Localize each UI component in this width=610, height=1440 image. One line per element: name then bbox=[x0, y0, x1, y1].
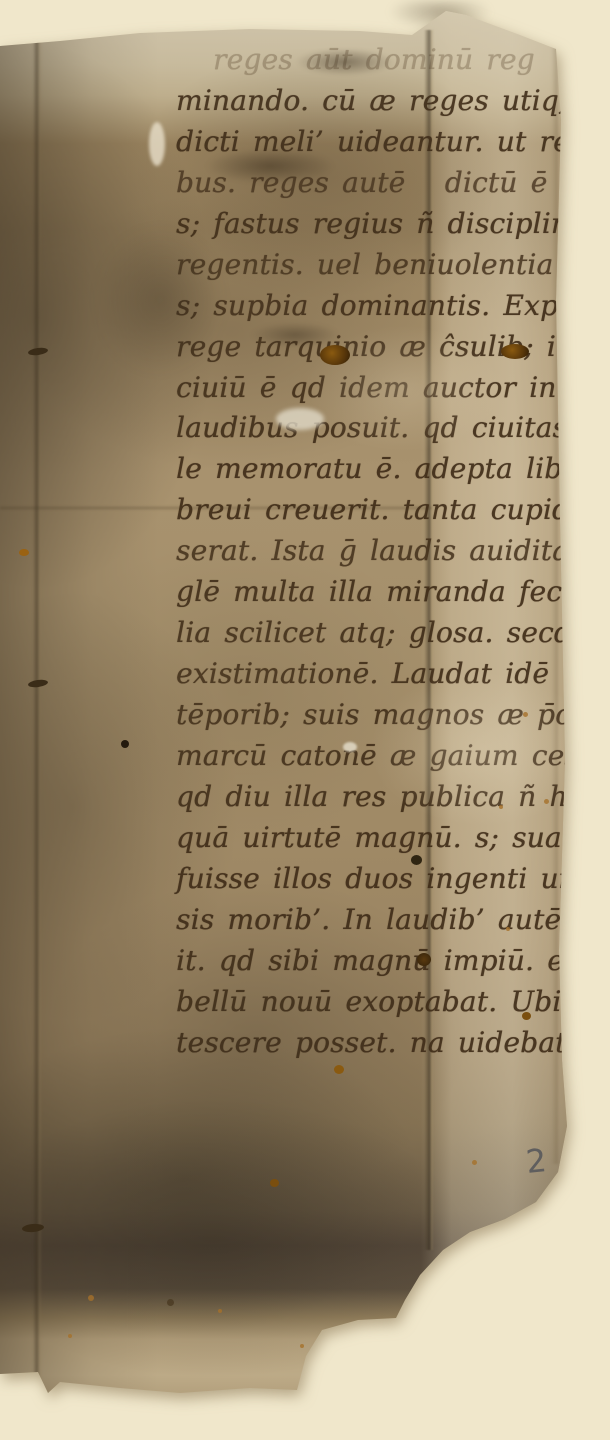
rust-speck bbox=[68, 1334, 72, 1338]
white-encrustation bbox=[343, 742, 357, 752]
ink-smudge bbox=[250, 322, 340, 348]
parchment-hole bbox=[334, 1065, 344, 1074]
ink-smudge bbox=[205, 148, 335, 184]
rust-speck bbox=[88, 1295, 94, 1301]
parchment-leaf: reges aūt dominū reg minando. cū æ reges… bbox=[0, 0, 610, 1440]
white-encrustation bbox=[149, 122, 165, 166]
parchment-hole bbox=[121, 740, 129, 748]
manuscript-line: tescere posset. na uidebat in bbox=[0, 1023, 610, 1064]
parchment-hole bbox=[19, 549, 29, 556]
manuscript-line: bellū nouū exoptabat. Ubi bbox=[0, 982, 610, 1023]
rust-speck bbox=[506, 927, 510, 931]
manuscript-line: le memoratu ē. adepta libtat bbox=[0, 449, 610, 490]
rust-speck bbox=[523, 712, 528, 717]
manuscript-line: existimationē. Laudat idē bbox=[0, 654, 610, 695]
rust-speck bbox=[472, 1160, 477, 1165]
parchment-hole bbox=[501, 344, 529, 359]
parchment-hole bbox=[417, 953, 431, 966]
rust-speck bbox=[167, 1299, 174, 1306]
white-encrustation bbox=[276, 408, 324, 430]
manuscript-line: sis morib’. In laudib’ autē ce bbox=[0, 900, 610, 941]
manuscript-line: marcū catonē æ gaium cesa bbox=[0, 736, 610, 777]
manuscript-line: breui creuerit. tanta cupido bbox=[0, 490, 610, 531]
manuscript-line: lia scilicet atq; glosa. secdm h bbox=[0, 613, 610, 654]
parchment-hole bbox=[411, 855, 422, 865]
manuscript-line: tēporib; suis magnos æ p̄cla bbox=[0, 695, 610, 736]
parchment-hole bbox=[522, 1012, 531, 1020]
manuscript-line: regentis. uel beniuolentia ĉs bbox=[0, 245, 610, 286]
manuscript-line: quā uirtutē magnū. s; sua m bbox=[0, 818, 610, 859]
manuscript-line: qd diu illa res publica ñ habu bbox=[0, 777, 610, 818]
manuscript-line: ciuiū ē qd idem auctor in rom bbox=[0, 368, 610, 409]
manuscript-line: minando. cū æ reges utiq; a bbox=[0, 81, 610, 122]
stain-patch bbox=[95, 225, 225, 375]
manuscript-line: glē multa illa miranda fecit bbox=[0, 572, 610, 613]
manuscript-line: s; supbia dominantis. Expul bbox=[0, 286, 610, 327]
ink-smudge bbox=[295, 48, 395, 76]
manuscript-text-block: reges aūt dominū reg minando. cū æ reges… bbox=[0, 40, 610, 1063]
manuscript-line: s; fastus regius ñ disciplina pu bbox=[0, 204, 610, 245]
rust-speck bbox=[499, 805, 503, 809]
parchment-hole bbox=[270, 1179, 279, 1187]
folio-number: 2 bbox=[524, 1141, 548, 1181]
rust-speck bbox=[218, 1309, 222, 1313]
parchment-hole bbox=[320, 345, 350, 365]
manuscript-line: serat. Ista ḡ laudis auiditas o bbox=[0, 531, 610, 572]
manuscript-line: fuisse illos duos ingenti uirtu bbox=[0, 859, 610, 900]
rust-speck bbox=[544, 799, 549, 804]
parchment-wrapper: reges aūt dominū reg minando. cū æ reges… bbox=[0, 0, 610, 1440]
rust-speck bbox=[300, 1344, 304, 1348]
background-mat: reges aūt dominū reg minando. cū æ reges… bbox=[0, 0, 610, 1440]
manuscript-line: it. qd sibi magnū impiū. exe bbox=[0, 941, 610, 982]
